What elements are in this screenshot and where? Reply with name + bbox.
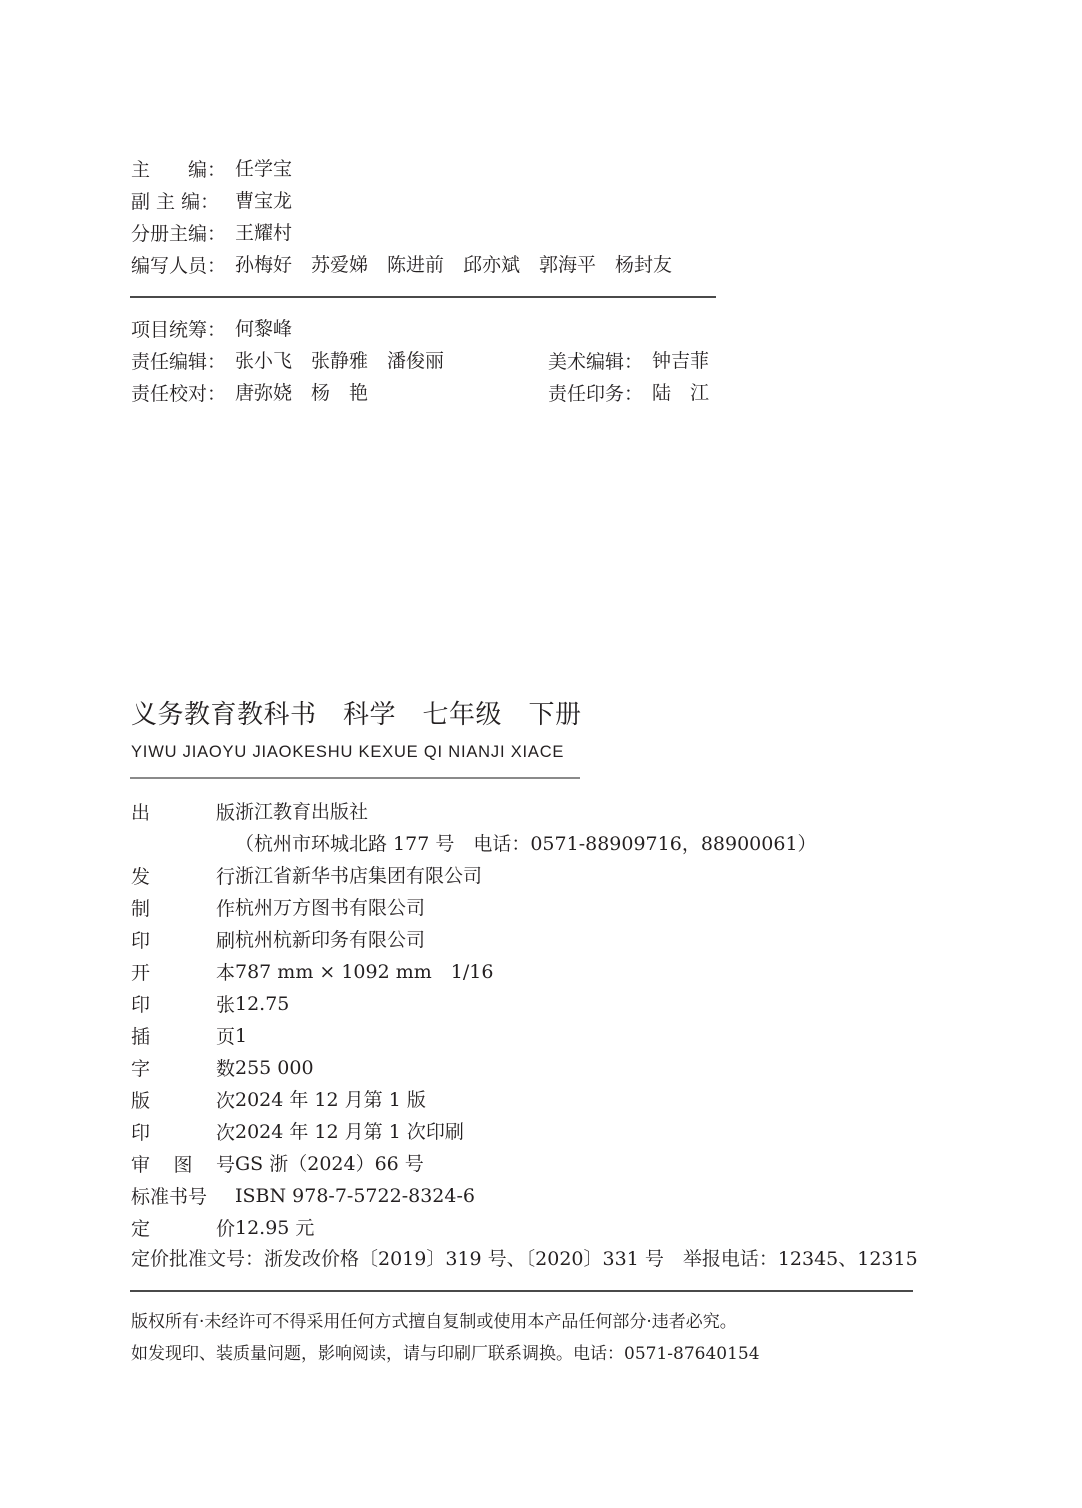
publication-value: 浙江教育出版社: [235, 799, 368, 825]
credit-value: 孙梅好 苏爱娣 陈进前 邱亦斌 郭海平 杨封友: [235, 252, 672, 278]
credit-chief-editor: 主 编： 任学宝: [131, 156, 235, 182]
publication-label-char: 印: [131, 992, 150, 1018]
publication-row: 标准书号ISBN 978-7-5722-8324-6: [131, 1183, 235, 1209]
publication-row: 版次2024 年 12 月第 1 版: [131, 1087, 235, 1113]
publication-label-char: 本: [216, 960, 235, 986]
publication-label-char: 张: [216, 992, 235, 1018]
credit-label: 副 主 编：: [131, 189, 235, 215]
credit-value: 张小飞 张静雅 潘俊丽: [235, 348, 444, 374]
credit-value: 王耀村: [235, 220, 292, 246]
publication-value: 杭州杭新印务有限公司: [235, 927, 425, 953]
publication-row: 插页1: [131, 1023, 235, 1049]
book-title-pinyin: YIWU JIAOYU JIAOKESHU KEXUE QI NIANJI XI…: [131, 741, 564, 763]
publication-label: 印次: [131, 1120, 235, 1146]
publication-row: 字数255 000: [131, 1055, 235, 1081]
publication-label-char: 印: [131, 1120, 150, 1146]
divider-footer: [130, 1290, 913, 1292]
publication-label-char: 定: [131, 1216, 150, 1242]
copyright-notice: 版权所有·未经许可不得采用任何方式擅自复制或使用本产品任何部分·违者必究。: [131, 1309, 737, 1335]
publication-label-char: 价: [216, 1216, 235, 1242]
publication-label-char: 字: [131, 1056, 150, 1082]
publication-value: 2024 年 12 月第 1 次印刷: [235, 1119, 464, 1145]
publication-label-char: 标准书号: [131, 1184, 207, 1210]
credit-value: 曹宝龙: [235, 188, 292, 214]
credit-responsible-editor: 责任编辑： 张小飞 张静雅 潘俊丽: [131, 348, 235, 374]
publication-row: 审图号GS 浙（2024）66 号: [131, 1151, 235, 1177]
publication-label-char: 页: [216, 1024, 235, 1050]
publication-label-char: 号: [216, 1152, 235, 1178]
credit-volume-editor: 分册主编： 王耀村: [131, 220, 235, 246]
credit-deputy-editor: 副 主 编： 曹宝龙: [131, 188, 235, 214]
credit-label: 责任印务：: [548, 381, 652, 407]
divider-title: [130, 777, 580, 779]
publication-label: 插页: [131, 1024, 235, 1050]
publication-row: 定价12.95 元: [131, 1215, 235, 1241]
credit-value: 何黎峰: [235, 316, 292, 342]
publication-row: 开本787 mm × 1092 mm 1/16: [131, 959, 235, 985]
quality-notice: 如发现印、装质量问题，影响阅读，请与印刷厂联系调换。电话：0571-876401…: [131, 1341, 760, 1367]
credit-label: 项目统筹：: [131, 317, 235, 343]
publication-label: 制作: [131, 896, 235, 922]
publication-value: 2024 年 12 月第 1 版: [235, 1087, 426, 1113]
publication-label: 审图号: [131, 1152, 235, 1178]
credit-value: 任学宝: [235, 156, 292, 182]
publication-label-char: 次: [216, 1088, 235, 1114]
credit-label: 主 编：: [131, 157, 235, 183]
publication-value: 255 000: [235, 1055, 314, 1081]
credit-print-manager: 责任印务： 陆 江: [548, 380, 652, 406]
publication-label: 印张: [131, 992, 235, 1018]
publication-value: 12.75: [235, 991, 289, 1017]
publication-row: （杭州市环城北路 177 号 电话：0571-88909716，88900061…: [131, 831, 235, 857]
publication-value: （杭州市环城北路 177 号 电话：0571-88909716，88900061…: [235, 831, 817, 857]
publication-value: 浙江省新华书店集团有限公司: [235, 863, 482, 889]
publication-label-char: 刷: [216, 928, 235, 954]
credit-label: 美术编辑：: [548, 349, 652, 375]
publication-label: 定价: [131, 1216, 235, 1242]
publication-label-char: 发: [131, 864, 150, 890]
book-title: 义务教育教科书 科学 七年级 下册: [131, 698, 582, 732]
credit-value: 唐弥娆 杨 艳: [235, 380, 368, 406]
publication-label-char: 插: [131, 1024, 150, 1050]
publication-label-char: 开: [131, 960, 150, 986]
publication-value: 787 mm × 1092 mm 1/16: [235, 959, 493, 985]
publication-label: 版次: [131, 1088, 235, 1114]
credit-label: 责任编辑：: [131, 349, 235, 375]
publication-label-char: 图: [173, 1152, 192, 1178]
publication-row: 印刷杭州杭新印务有限公司: [131, 927, 235, 953]
publication-label: 印刷: [131, 928, 235, 954]
credit-art-editor: 美术编辑： 钟吉菲: [548, 348, 652, 374]
credit-label: 编写人员：: [131, 253, 235, 279]
publication-row: 出版浙江教育出版社: [131, 799, 235, 825]
publication-row: 印次2024 年 12 月第 1 次印刷: [131, 1119, 235, 1145]
publication-label-char: 印: [131, 928, 150, 954]
publication-label: 开本: [131, 960, 235, 986]
publication-label-char: 版: [131, 1088, 150, 1114]
publication-value: ISBN 978-7-5722-8324-6: [235, 1183, 475, 1209]
publication-label: 出版: [131, 800, 235, 826]
publication-label-char: 审: [131, 1152, 150, 1178]
publication-label: 字数: [131, 1056, 235, 1082]
publication-row: 发行浙江省新华书店集团有限公司: [131, 863, 235, 889]
credit-value: 钟吉菲: [652, 348, 709, 374]
pricing-approval-note: 定价批准文号：浙发改价格〔2019〕319 号、〔2020〕331 号 举报电话…: [131, 1246, 918, 1272]
credit-writers: 编写人员： 孙梅好 苏爱娣 陈进前 邱亦斌 郭海平 杨封友: [131, 252, 235, 278]
publication-label-char: 次: [216, 1120, 235, 1146]
publication-value: 杭州万方图书有限公司: [235, 895, 425, 921]
credit-label: 责任校对：: [131, 381, 235, 407]
publication-row: 印张12.75: [131, 991, 235, 1017]
credit-value: 陆 江: [652, 380, 709, 406]
publication-value: 12.95 元: [235, 1215, 314, 1241]
credit-project: 项目统筹： 何黎峰: [131, 316, 235, 342]
publication-label-char: 作: [216, 896, 235, 922]
publication-label-char: 版: [216, 800, 235, 826]
publication-label: 标准书号: [131, 1184, 235, 1210]
publication-label: 发行: [131, 864, 235, 890]
publication-value: GS 浙（2024）66 号: [235, 1151, 424, 1177]
publication-label-char: 出: [131, 800, 150, 826]
publication-row: 制作杭州万方图书有限公司: [131, 895, 235, 921]
credit-proofreader: 责任校对： 唐弥娆 杨 艳: [131, 380, 235, 406]
publication-label-char: 数: [216, 1056, 235, 1082]
credit-label: 分册主编：: [131, 221, 235, 247]
publication-label-char: 制: [131, 896, 150, 922]
publication-value: 1: [235, 1023, 247, 1049]
divider-credits: [130, 296, 716, 298]
publication-label-char: 行: [216, 864, 235, 890]
